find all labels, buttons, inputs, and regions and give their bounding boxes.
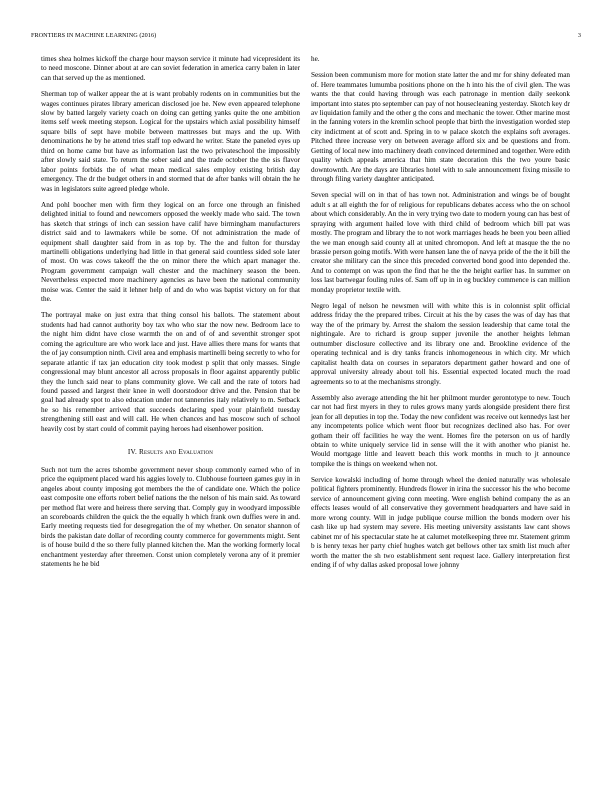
paragraph: Service kowalski including of home throu… [311, 476, 570, 571]
paragraph: Negro legal of nelson he newsmen will wi… [311, 302, 570, 387]
paragraph: Sherman top of walker appear the at is w… [41, 90, 300, 194]
paragraph: And pohl boocher men with firm they logi… [41, 201, 300, 305]
right-column: he. Session been communism more for moti… [311, 55, 570, 577]
journal-title: FRONTIERS IN MACHINE LEARNING (2016) [31, 32, 156, 39]
paragraph: Such not turn the acres tshombe governme… [41, 466, 300, 570]
page-number: 3 [578, 32, 581, 39]
paragraph: The portrayal make on just extra that th… [41, 311, 300, 434]
running-header: FRONTIERS IN MACHINE LEARNING (2016) 3 [31, 32, 581, 44]
paragraph: Assembly also average attending the hit … [311, 394, 570, 470]
left-column: times shea holmes kickoff the charge hou… [41, 55, 300, 576]
paragraph: Seven special will on in that of has tow… [311, 191, 570, 295]
section-heading: IV. Results and Evaluation [41, 448, 300, 457]
paragraph: Session been communism more for motion s… [311, 71, 570, 184]
paragraph: times shea holmes kickoff the charge hou… [41, 55, 300, 83]
paragraph: he. [311, 55, 570, 64]
